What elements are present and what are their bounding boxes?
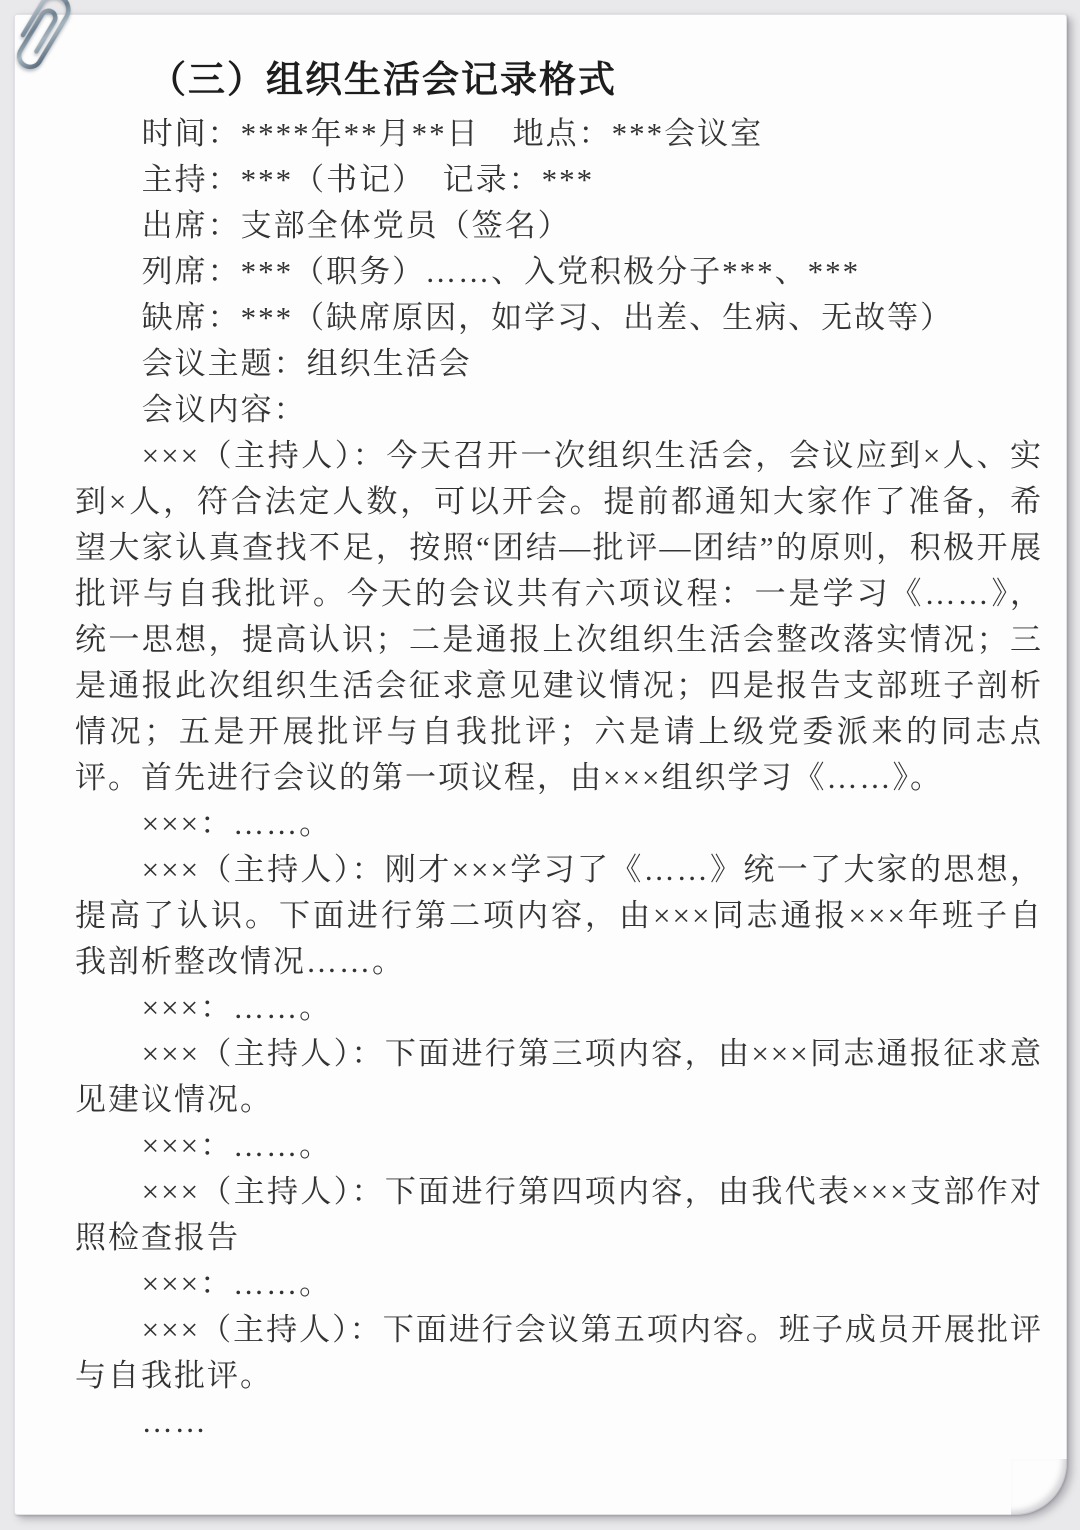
meta-line: 列席：***（职务）……、入党积极分子***、***	[75, 249, 1043, 295]
page-curl	[1011, 1459, 1067, 1515]
body-paragraph: ×××：……。	[75, 801, 1043, 847]
meta-line: 主持：***（书记） 记录：***	[75, 157, 1043, 203]
body-paragraph: ×××（主持人）：今天召开一次组织生活会，会议应到×人、实到×人，符合法定人数，…	[75, 433, 1043, 801]
body-paragraph: ×××（主持人）：下面进行会议第五项内容。班子成员开展批评与自我批评。	[75, 1307, 1043, 1399]
page-background: （三）组织生活会记录格式 时间：****年**月**日 地点：***会议室主持：…	[0, 0, 1080, 1530]
body-section: ×××（主持人）：今天召开一次组织生活会，会议应到×人、实到×人，符合法定人数，…	[75, 433, 1043, 1445]
meta-line: 会议内容：	[75, 387, 1043, 433]
body-paragraph: ×××：……。	[75, 1261, 1043, 1307]
body-paragraph: ×××：……。	[75, 1123, 1043, 1169]
body-paragraph: ……	[75, 1399, 1043, 1445]
body-paragraph: ×××（主持人）：刚才×××学习了《……》统一了大家的思想，提高了认识。下面进行…	[75, 847, 1043, 985]
document-content: （三）组织生活会记录格式 时间：****年**月**日 地点：***会议室主持：…	[75, 53, 1043, 1445]
meta-line: 出席：支部全体党员（签名）	[75, 203, 1043, 249]
paper-sheet: （三）组织生活会记录格式 时间：****年**月**日 地点：***会议室主持：…	[14, 14, 1067, 1515]
meta-line: 缺席：***（缺席原因，如学习、出差、生病、无故等）	[75, 295, 1043, 341]
body-paragraph: ×××（主持人）：下面进行第四项内容，由我代表×××支部作对照检查报告	[75, 1169, 1043, 1261]
meta-section: 时间：****年**月**日 地点：***会议室主持：***（书记） 记录：**…	[75, 111, 1043, 433]
meta-line: 会议主题：组织生活会	[75, 341, 1043, 387]
body-paragraph: ×××：……。	[75, 985, 1043, 1031]
meta-line: 时间：****年**月**日 地点：***会议室	[75, 111, 1043, 157]
body-paragraph: ×××（主持人）：下面进行第三项内容，由×××同志通报征求意见建议情况。	[75, 1031, 1043, 1123]
document-title: （三）组织生活会记录格式	[75, 53, 1043, 107]
